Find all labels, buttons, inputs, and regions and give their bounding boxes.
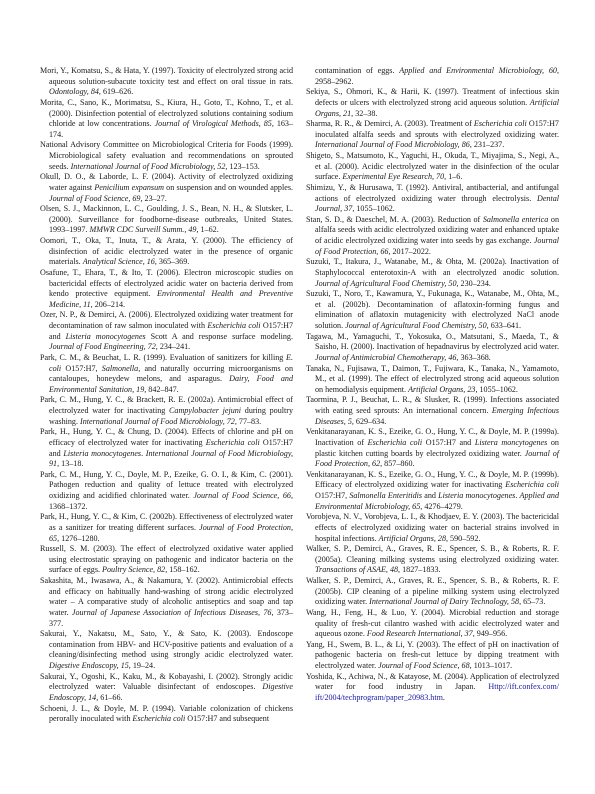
reference-journal-italic: Listeria mono­cytogenes — [438, 491, 515, 500]
reference-entry: Suzuki, T., Itakura, J., Watanabe, M., &… — [306, 257, 559, 289]
reference-text: Tagawa, M., Yamaguchi, T., Yokosuka, O.,… — [306, 332, 559, 352]
reference-text: , 234–241. — [156, 342, 190, 351]
reference-journal-italic: Escherichia coli — [505, 480, 559, 489]
reference-journal-italic: Salmonella Enteritidis — [349, 491, 422, 500]
reference-entry: Park, C. M., Hung, Y. C., Doyle, M. P., … — [40, 470, 293, 513]
reference-journal-italic: Escherichia coli — [474, 119, 527, 128]
reference-text: , 1055–1062. — [475, 385, 518, 394]
reference-journal-italic: Artificial Organs, 28 — [379, 534, 446, 543]
reference-journal-italic: Listeria monocytogenes — [66, 332, 146, 341]
reference-journal-italic: Listeria monocytogenes — [63, 449, 141, 458]
reference-journal-italic: Penicilium expansum — [94, 183, 164, 192]
reference-entry: Ozer, N. P., & Demirci, A. (2006). Elect… — [40, 310, 293, 353]
reference-journal-italic: Journal of Japanese Association of Infec… — [72, 608, 272, 617]
reference-journal-italic: Campylobacter jejuni — [169, 406, 241, 415]
reference-text: , 61–66. — [96, 693, 122, 702]
reference-text: , 1013–1017. — [470, 661, 513, 670]
reference-entry: Walker, S. P., Demirci, A., Graves, R. E… — [306, 576, 559, 608]
reference-text: , 230–234. — [457, 279, 491, 288]
reference-text: , 19–24. — [129, 661, 155, 670]
reference-entry: Vorobjeva, N. V., Vorobjeva, L. I., & Kh… — [306, 512, 559, 544]
reference-text: contamination of eggs. — [315, 66, 399, 75]
reference-journal-italic: Journal of Agricultural Food Chemistry, … — [345, 321, 487, 330]
reference-text: , 949–956. — [473, 629, 507, 638]
reference-entry: Yoshida, K., Achiwa, N., & Katayose, M. … — [306, 672, 559, 704]
reference-text: , 590–592. — [446, 534, 480, 543]
reference-entry: Tanaka, N., Fujisawa, T., Daimon, T., Fu… — [306, 364, 559, 396]
reference-text: , 4276–4279. — [420, 502, 463, 511]
reference-text: , 2017–2022. — [388, 247, 431, 256]
reference-journal-italic: Digestive Endoscopy, 15 — [49, 661, 129, 670]
reference-entry: Russell, S. M. (2003). The effect of ele… — [40, 544, 293, 576]
reference-entry: Stan, S. D., & Daeschel, M. A. (2003). R… — [306, 215, 559, 258]
reference-text: Sakurai, Y., Nakatsu, M., Sato, Y., & Sa… — [40, 629, 293, 659]
reference-journal-italic: International Journal of Food Microbiolo… — [80, 417, 235, 426]
reference-text: , 13–18. — [57, 459, 83, 468]
reference-text: , 23–27. — [140, 194, 166, 203]
reference-text: O157:H7, — [315, 491, 349, 500]
reference-text: Stan, S. D., & Daeschel, M. A. (2003). R… — [306, 215, 483, 224]
reference-entry: Shigeto, S., Matsumoto, K., Yaguchi, H.,… — [306, 151, 559, 183]
reference-journal-italic: Food Research International, 37 — [367, 629, 473, 638]
reference-text: , 77–83. — [235, 417, 261, 426]
reference-text: O157:H7 and subsequent — [185, 714, 269, 723]
reference-text: , 619–626. — [99, 87, 133, 96]
reference-entry: Sharma, R. R., & Demirci, A. (2003). Tre… — [306, 119, 559, 151]
reference-journal-italic: Escherichia coli — [368, 438, 422, 447]
reference-entry: Olsen, S. J., Mackinnon, L. C., Goulding… — [40, 204, 293, 236]
reference-journal-italic: Artificial Organs, 23 — [408, 385, 475, 394]
reference-text: Walker, S. P., Demirci, A., Graves, R. E… — [306, 544, 559, 564]
reference-journal-italic: Journal of Food Engineering, 72 — [49, 342, 156, 351]
reference-text: , 363–368. — [456, 353, 490, 362]
reference-text: O157:H7 and — [422, 438, 475, 447]
reference-journal-italic: Journal of Antimicrobial Chemotherapy, 4… — [315, 353, 456, 362]
reference-text: , 206–214. — [91, 300, 125, 309]
reference-text: , 1276–1280. — [57, 534, 100, 543]
reference-journal-italic: Journal of Agricultural Food Chemistry, … — [315, 279, 457, 288]
reference-text: , 123–153. — [225, 162, 259, 171]
reference-entry: Park, C. M., Hung, Y. C., & Brackett, R.… — [40, 395, 293, 427]
reference-entry: Sekiya, S., Ohmori, K., & Harii, K. (199… — [306, 87, 559, 119]
reference-journal-italic: Journal of Food Science, 68 — [378, 661, 469, 670]
reference-entry: Tagawa, M., Yamaguchi, T., Yokosuka, O.,… — [306, 332, 559, 364]
reference-entry: National Advisory Committee on Microbiol… — [40, 140, 293, 172]
reference-entry: Venkitanarayanan, K. S., Ezeike, G. O., … — [306, 470, 559, 513]
reference-text: . — [443, 693, 445, 702]
reference-text: , 633–641. — [487, 321, 521, 330]
reference-text: on suspension and on wounded apples. — [164, 183, 293, 192]
references-left-column: Mori, Y., Komatsu, S., & Hata, Y. (1997)… — [40, 66, 293, 725]
reference-text: , 857–860. — [380, 459, 414, 468]
reference-journal-italic: MMWR CDC Surveill Summ., 49 — [89, 225, 196, 234]
reference-entry: Taormina, P. J., Beuchat, L. R., & Slusk… — [306, 395, 559, 427]
reference-text: , 1–6. — [444, 172, 462, 181]
reference-text: , 1–62. — [196, 225, 218, 234]
reference-entry: Wang, H., Feng, H., & Luo, Y. (2004). Mi… — [306, 608, 559, 640]
reference-journal-italic: Journal of Food Science, 66 — [193, 491, 291, 500]
reference-journal-italic: Poultry Science, 82 — [102, 565, 165, 574]
reference-text: , 365–369. — [155, 257, 189, 266]
reference-text: Mori, Y., Komatsu, S., & Hata, Y. (1997)… — [40, 66, 293, 86]
reference-journal-italic: Journal of Food Science, 69 — [49, 194, 140, 203]
reference-entry-continued: contamination of eggs. Applied and Envir… — [306, 66, 559, 87]
reference-text: Sakurai, Y., Ogoshi, K., Kaku, M., & Kob… — [40, 672, 293, 692]
reference-journal-italic: Escherichia coli — [207, 321, 260, 330]
reference-entry: Okull, D. O., & Laborde, L. F. (2004). A… — [40, 172, 293, 204]
reference-journal-italic: Escherichia coli — [206, 438, 260, 447]
reference-journal-italic: Listera moncyt­ogenes — [475, 438, 547, 447]
reference-text: Shimizu, Y., & Hurusawa, T. (1992). Anti… — [306, 183, 559, 203]
reference-entry: Sakurai, Y., Ogoshi, K., Kaku, M., & Kob… — [40, 672, 293, 704]
reference-entry: Osafune, T., Ehara, T., & Ito, T. (2006)… — [40, 268, 293, 311]
reference-text: O157:H7, — [61, 364, 102, 373]
reference-entry: Park, H., Hung, Y. C., & Kim, C. (2002b)… — [40, 512, 293, 544]
reference-text: , 231–237. — [470, 140, 504, 149]
reference-entry: Yang, H., Swem, B. L., & Li, Y. (2003). … — [306, 640, 559, 672]
reference-journal-italic: International Journal of Food Microbiolo… — [71, 162, 226, 171]
reference-journal-italic: Analytical Science, 16 — [83, 257, 155, 266]
reference-entry: Mori, Y., Komatsu, S., & Hata, Y. (1997)… — [40, 66, 293, 98]
reference-text: and — [422, 491, 438, 500]
reference-entry: Park, C. M., & Beuchat, L. R. (1999). Ev… — [40, 353, 293, 396]
reference-text: , 1055–1062. — [352, 204, 395, 213]
reference-journal-italic: Escherichia coli — [132, 714, 185, 723]
reference-text: , 1827–1833. — [398, 565, 441, 574]
reference-text: , 65–73. — [519, 597, 545, 606]
reference-journal-italic: Odontology, 84 — [49, 87, 99, 96]
reference-text: Park, C. M., & Beuchat, L. R. (1999). Ev… — [40, 353, 286, 362]
reference-entry: Oomori, T., Oka, T., Inuta, T., & Arata,… — [40, 236, 293, 268]
references-right-column: contamination of eggs. Applied and Envir… — [306, 66, 559, 704]
reference-journal-italic: Salmonella — [102, 364, 138, 373]
reference-entry: Park, H., Hung, Y. C., & Chung, D. (2004… — [40, 427, 293, 470]
reference-text: , 32–38. — [351, 109, 377, 118]
reference-entry: Venkitanarayanan, K. S., Ezeike, G. O., … — [306, 427, 559, 470]
reference-text: Sekiya, S., Ohmori, K., & Harii, K. (199… — [306, 87, 559, 107]
reference-entry: Sakashita, M., Iwasawa, A., & Nakamura, … — [40, 576, 293, 629]
document-page: Mori, Y., Komatsu, S., & Hata, Y. (1997)… — [0, 0, 595, 794]
reference-text: , 158–162. — [165, 565, 199, 574]
reference-entry: Suzuki, T., Noro, T., Kawamura, Y., Fuku… — [306, 289, 559, 332]
reference-entry: Shimizu, Y., & Hurusawa, T. (1992). Anti… — [306, 183, 559, 215]
reference-entry: Walker, S. P., Demirci, A., Graves, R. E… — [306, 544, 559, 576]
reference-journal-italic: Journal of Virological Methods, 85 — [155, 119, 272, 128]
reference-journal-italic: International Journal of Food Microbiolo… — [315, 140, 470, 149]
reference-entry: Sakurai, Y., Nakatsu, M., Sato, Y., & Sa… — [40, 629, 293, 672]
reference-text: Suzuki, T., Itakura, J., Watanabe, M., &… — [306, 257, 559, 277]
reference-text: , 629–634. — [352, 417, 386, 426]
reference-entry: Schoeni, J. L., & Doyle, M. P. (1994). V… — [40, 704, 293, 725]
reference-text: Sharma, R. R., & Demirci, A. (2003). Tre… — [306, 119, 474, 128]
reference-entry: Morita, C., Sano, K., Morimatsu, S., Kiu… — [40, 98, 293, 141]
reference-journal-italic: Experimental Eye Research, 70 — [342, 172, 444, 181]
reference-journal-italic: Transactions of ASAE, 48 — [315, 565, 398, 574]
reference-text: Scott A and response surface modeling. — [146, 332, 293, 341]
reference-journal-italic: Salmonella enterica — [483, 215, 549, 224]
reference-journal-italic: Applied and Environmental Microbiology, … — [399, 66, 557, 75]
reference-journal-italic: International Journal of Dairy Technolog… — [369, 597, 519, 606]
reference-text: , 842–847. — [144, 385, 178, 394]
